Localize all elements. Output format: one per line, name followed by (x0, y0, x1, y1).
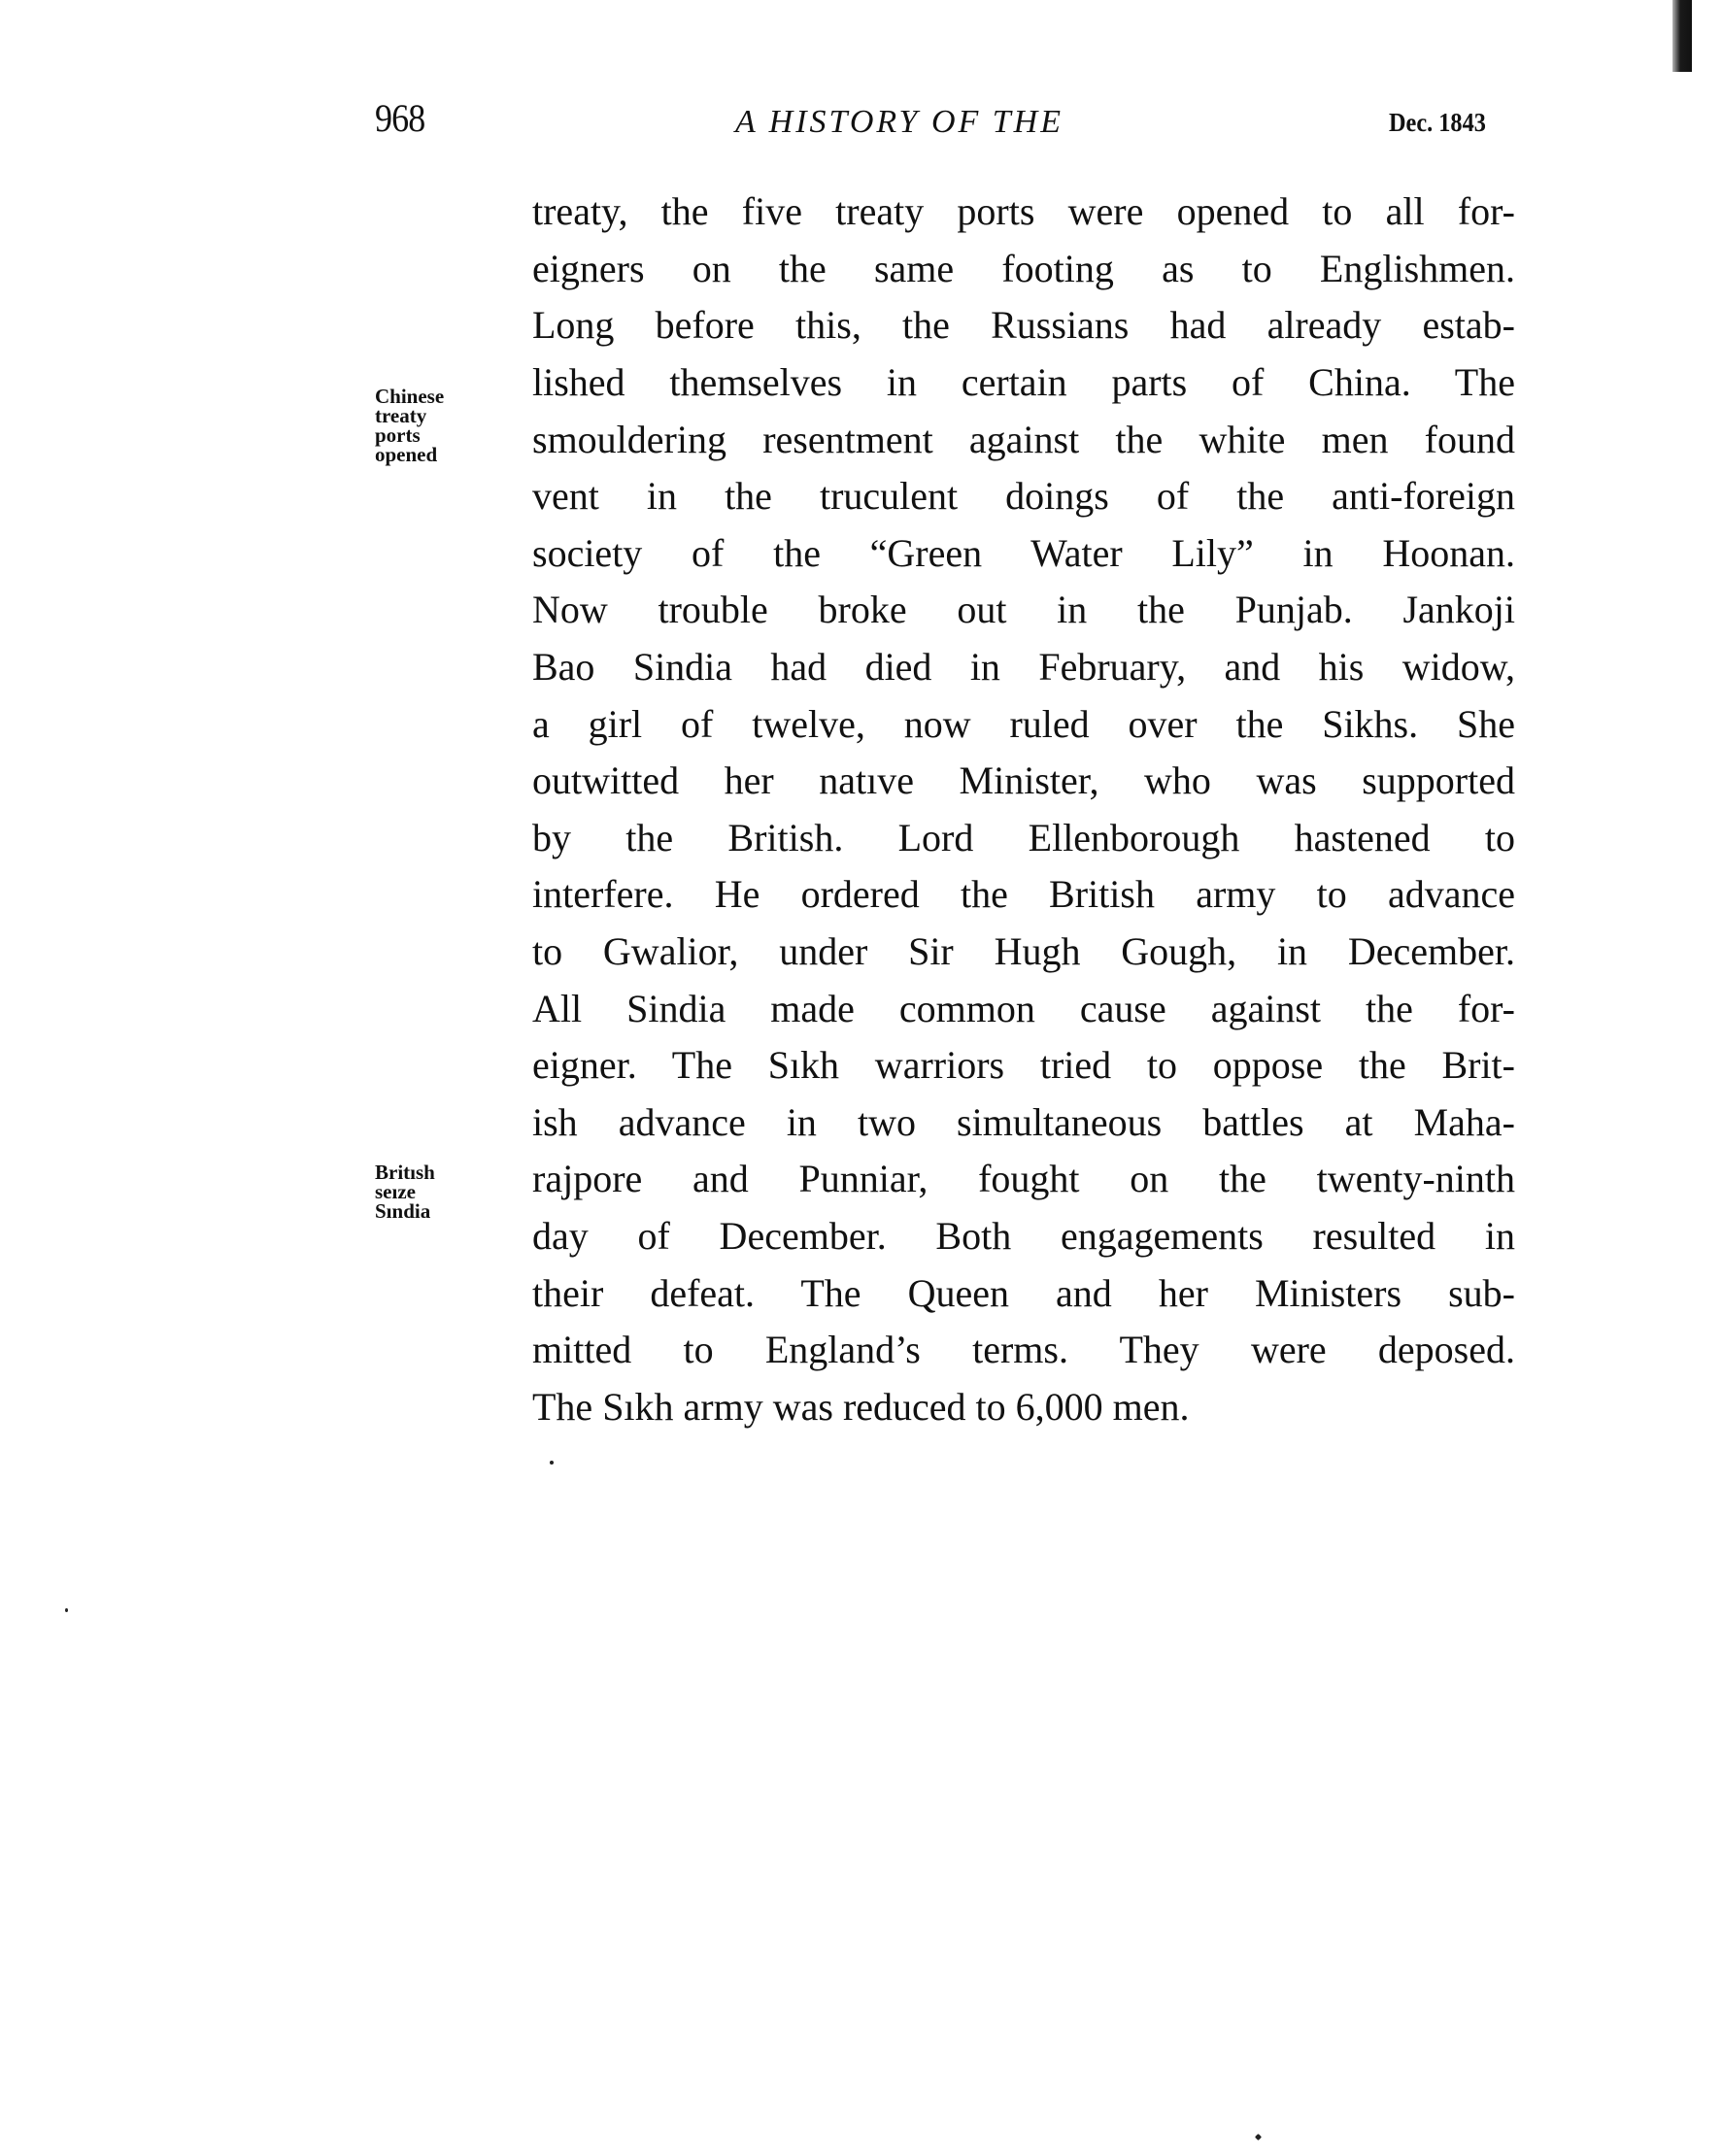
text-line-content: day of December. Both engagements result… (532, 1212, 1515, 1261)
text-line-content: outwitted her natıve Minister, who was s… (532, 757, 1515, 805)
ink-speck (1255, 2134, 1262, 2140)
text-line: Long before this, the Russians had alrea… (532, 301, 1515, 350)
text-line-content: lished themselves in certain parts of Ch… (532, 358, 1515, 407)
text-line: eigner. The Sıkh warriors tried to oppos… (532, 1041, 1515, 1090)
side-note-chinese-treaty-ports: Chinese treaty ports opened (375, 387, 444, 464)
side-note-line: Britısh (375, 1162, 435, 1182)
text-line: to Gwalior, under Sir Hugh Gough, in Dec… (532, 927, 1515, 976)
text-line-content: by the British. Lord Ellenborough hasten… (532, 814, 1515, 862)
side-note-line: treaty (375, 406, 444, 425)
text-line-content: eigner. The Sıkh warriors tried to oppos… (532, 1041, 1515, 1090)
text-line: vent in the truculent doings of the anti… (532, 472, 1515, 521)
text-line-content: Now trouble broke out in the Punjab. Jan… (532, 586, 1515, 634)
ink-speck (65, 1608, 68, 1612)
text-line: a girl of twelve, now ruled over the Sik… (532, 700, 1515, 749)
text-line: All Sindia made common cause against the… (532, 985, 1515, 1033)
text-line-content: eigners on the same footing as to Englis… (532, 245, 1515, 293)
running-title: A HISTORY OF THE (735, 101, 1143, 144)
side-note-line: opened (375, 445, 444, 464)
text-line-content: Long before this, the Russians had alrea… (532, 301, 1515, 350)
text-line-content: All Sindia made common cause against the… (532, 985, 1515, 1033)
text-line-content: a girl of twelve, now ruled over the Sik… (532, 700, 1515, 749)
side-note-british-seize-sindia: Britısh seıze Sındia (375, 1162, 435, 1221)
book-page: 968 A HISTORY OF THE Dec. 1843 Chinese t… (0, 0, 1722, 2156)
text-line-content: vent in the truculent doings of the anti… (532, 472, 1515, 521)
text-line: lished themselves in certain parts of Ch… (532, 358, 1515, 407)
page-number: 968 (375, 97, 424, 140)
text-line: smouldering resentment against the white… (532, 416, 1515, 464)
side-note-line: Chinese (375, 387, 444, 406)
header-date: Dec. 1843 (1389, 103, 1486, 142)
text-line: interfere. He ordered the British army t… (532, 870, 1515, 919)
text-line-content: to Gwalior, under Sir Hugh Gough, in Dec… (532, 927, 1515, 976)
text-line-content: their defeat. The Queen and her Minister… (532, 1269, 1515, 1318)
text-line: outwitted her natıve Minister, who was s… (532, 757, 1515, 805)
scan-edge-artifact (1672, 0, 1692, 72)
text-line-content: rajpore and Punniar, fought on the twent… (532, 1155, 1515, 1203)
text-line: treaty, the five treaty ports were opene… (532, 187, 1515, 236)
text-line-content: smouldering resentment against the white… (532, 416, 1515, 464)
text-line: Now trouble broke out in the Punjab. Jan… (532, 586, 1515, 634)
text-line: Bao Sindia had died in February, and his… (532, 643, 1515, 691)
side-note-line: ports (375, 425, 444, 445)
text-line: eigners on the same footing as to Englis… (532, 245, 1515, 293)
text-line: by the British. Lord Ellenborough hasten… (532, 814, 1515, 862)
text-line: rajpore and Punniar, fought on the twent… (532, 1155, 1515, 1203)
text-line-last: The Sıkh army was reduced to 6,000 men. (532, 1383, 1515, 1432)
text-line-content: mitted to England’s terms. They were dep… (532, 1326, 1515, 1374)
text-line-content: interfere. He ordered the British army t… (532, 870, 1515, 919)
text-line-content: treaty, the five treaty ports were opene… (532, 187, 1515, 236)
text-line-content: ish advance in two simultaneous battles … (532, 1098, 1515, 1147)
side-note-line: seıze (375, 1182, 435, 1201)
side-note-line: Sındia (375, 1201, 435, 1221)
text-line: ish advance in two simultaneous battles … (532, 1098, 1515, 1147)
text-line-content: society of the “Green Water Lily” in Hoo… (532, 529, 1515, 578)
ink-speck (550, 1461, 554, 1465)
text-line-content: The Sıkh army was reduced to 6,000 men. (532, 1383, 1515, 1432)
text-line-content: Bao Sindia had died in February, and his… (532, 643, 1515, 691)
text-line: their defeat. The Queen and her Minister… (532, 1269, 1515, 1318)
text-line: mitted to England’s terms. They were dep… (532, 1326, 1515, 1374)
text-line: society of the “Green Water Lily” in Hoo… (532, 529, 1515, 578)
text-line: day of December. Both engagements result… (532, 1212, 1515, 1261)
